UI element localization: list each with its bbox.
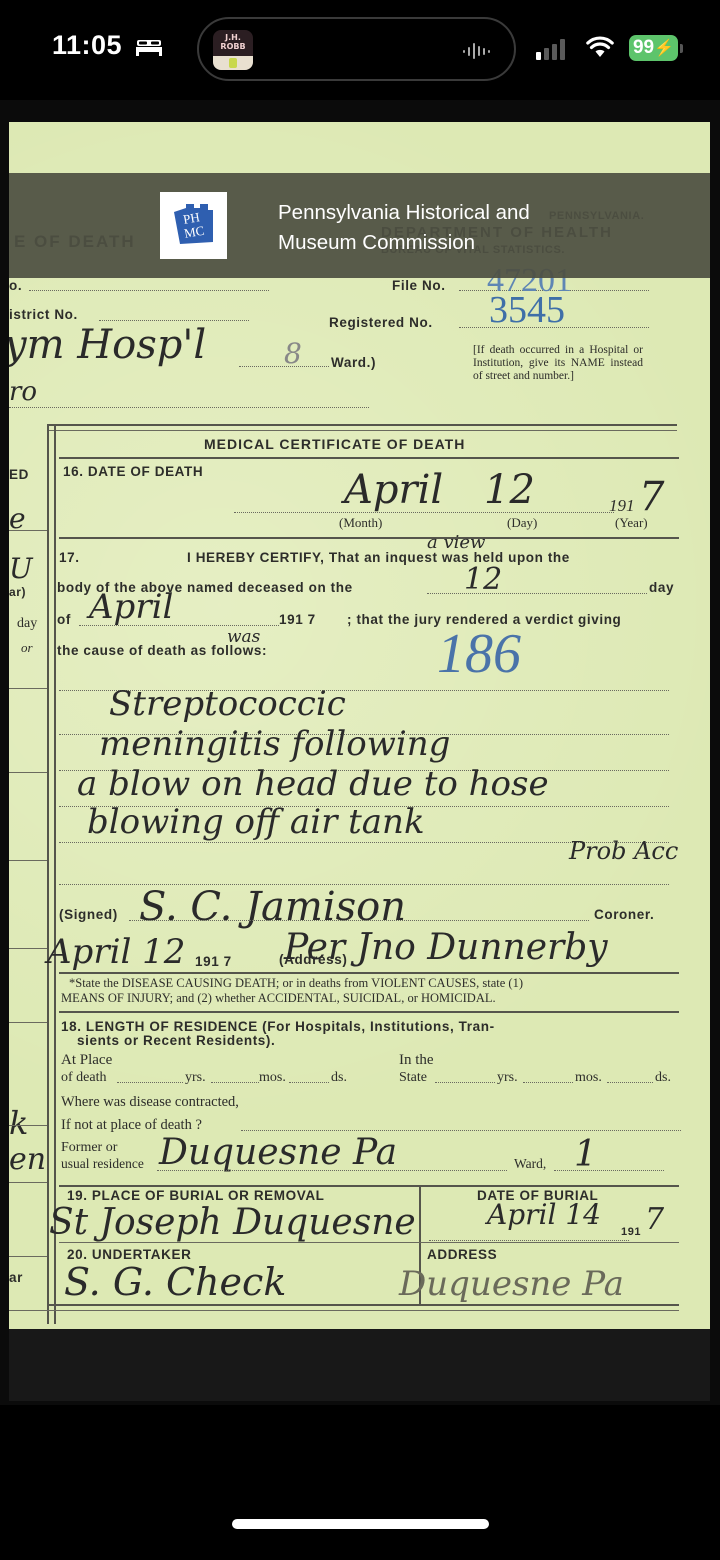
registered-no-label: Registered No.: [329, 315, 433, 330]
home-indicator[interactable]: [232, 1519, 489, 1529]
file-no-label: File No.: [392, 278, 446, 293]
date-of-death-label: 16. DATE OF DEATH: [63, 464, 203, 479]
hospital-instruction-note: [If death occurred in a Hospital or Inst…: [473, 344, 643, 383]
death-month: April: [344, 467, 443, 513]
coroner-address: Per Jno Dunnerby: [284, 927, 608, 968]
inquest-year: 191 7: [279, 612, 316, 627]
medical-certificate-title: MEDICAL CERTIFICATE OF DEATH: [204, 436, 465, 452]
usual-residence: Duquesne Pa: [159, 1132, 397, 1173]
battery-tip: [680, 44, 683, 53]
undertaker-address: Duquesne Pa: [399, 1264, 624, 1304]
signed-date: April 12: [47, 932, 185, 972]
battery-indicator: 99⚡: [629, 35, 678, 61]
burial-place-label: 19. PLACE OF BURIAL OR REMOVAL: [67, 1188, 325, 1203]
residence-ward: 1: [574, 1134, 597, 1175]
clock: 11:05: [52, 30, 122, 61]
source-title: Pennsylvania Historical and Museum Commi…: [278, 198, 530, 258]
coroner-signature: S. C. Jamison: [139, 884, 406, 930]
undertaker-name: S. G. Check: [64, 1260, 286, 1304]
ward-label: Ward.): [331, 355, 376, 370]
death-day: 12: [484, 467, 535, 513]
cause-line-3: a blow on head due to hose: [77, 764, 549, 804]
burial-date: April 14: [487, 1198, 601, 1231]
death-certificate-image[interactable]: E OF DEATH PENNSYLVANIA. DEPARTMENT OF H…: [9, 122, 710, 1329]
inquest-day: 12: [464, 562, 502, 597]
section-17-number: 17.: [59, 550, 80, 565]
phmc-logo[interactable]: PH MC: [160, 192, 227, 259]
certify-correction: a view: [427, 532, 485, 553]
phmc-keystone-logo-icon: PH MC: [170, 202, 217, 247]
footnote-line-2: MEANS OF INJURY; and (2) whether ACCIDEN…: [61, 991, 496, 1006]
scan-background: [9, 1329, 710, 1401]
charging-bolt-icon: ⚡: [654, 40, 674, 57]
bed-icon: [136, 39, 162, 56]
signed-year: 191 7: [195, 954, 232, 969]
cause-line-2: meningitis following: [99, 724, 450, 764]
wifi-icon: [586, 36, 614, 58]
dynamic-island[interactable]: J.H. ROBB: [197, 17, 516, 81]
cause-note: Prob Acc: [569, 837, 678, 865]
residence-title: 18. LENGTH OF RESIDENCE (For Hospitals, …: [61, 1019, 495, 1034]
coroner-title: Coroner.: [594, 907, 654, 922]
district-label: istrict No.: [9, 307, 78, 322]
death-year-suffix: 7: [639, 474, 664, 520]
audio-waveform-icon: [463, 43, 490, 59]
registered-no-stamp: 3545: [489, 288, 565, 332]
now-playing-app-icon[interactable]: J.H. ROBB: [213, 30, 253, 70]
cellular-signal-icon: [536, 38, 565, 60]
footnote-line-1: *State the DISEASE CAUSING DEATH; or in …: [69, 976, 523, 991]
cause-line-4: blowing off air tank: [87, 802, 425, 842]
burial-place: St Joseph Duquesne: [49, 1202, 416, 1243]
place-of-death-handwritten: ym Hosp'l: [9, 322, 206, 368]
undertaker-address-label: ADDRESS: [427, 1247, 497, 1262]
cause-line-1: Streptococcic: [109, 684, 346, 724]
death-year-prefix: 191: [609, 496, 635, 516]
certify-line-1: I HEREBY CERTIFY, That an inquest was he…: [187, 550, 570, 565]
signed-label: (Signed): [59, 907, 118, 922]
status-bar: 11:05 J.H. ROBB 99⚡: [0, 0, 720, 100]
blue-stamp-number: 186: [437, 622, 521, 686]
inquest-month: April: [89, 587, 173, 627]
